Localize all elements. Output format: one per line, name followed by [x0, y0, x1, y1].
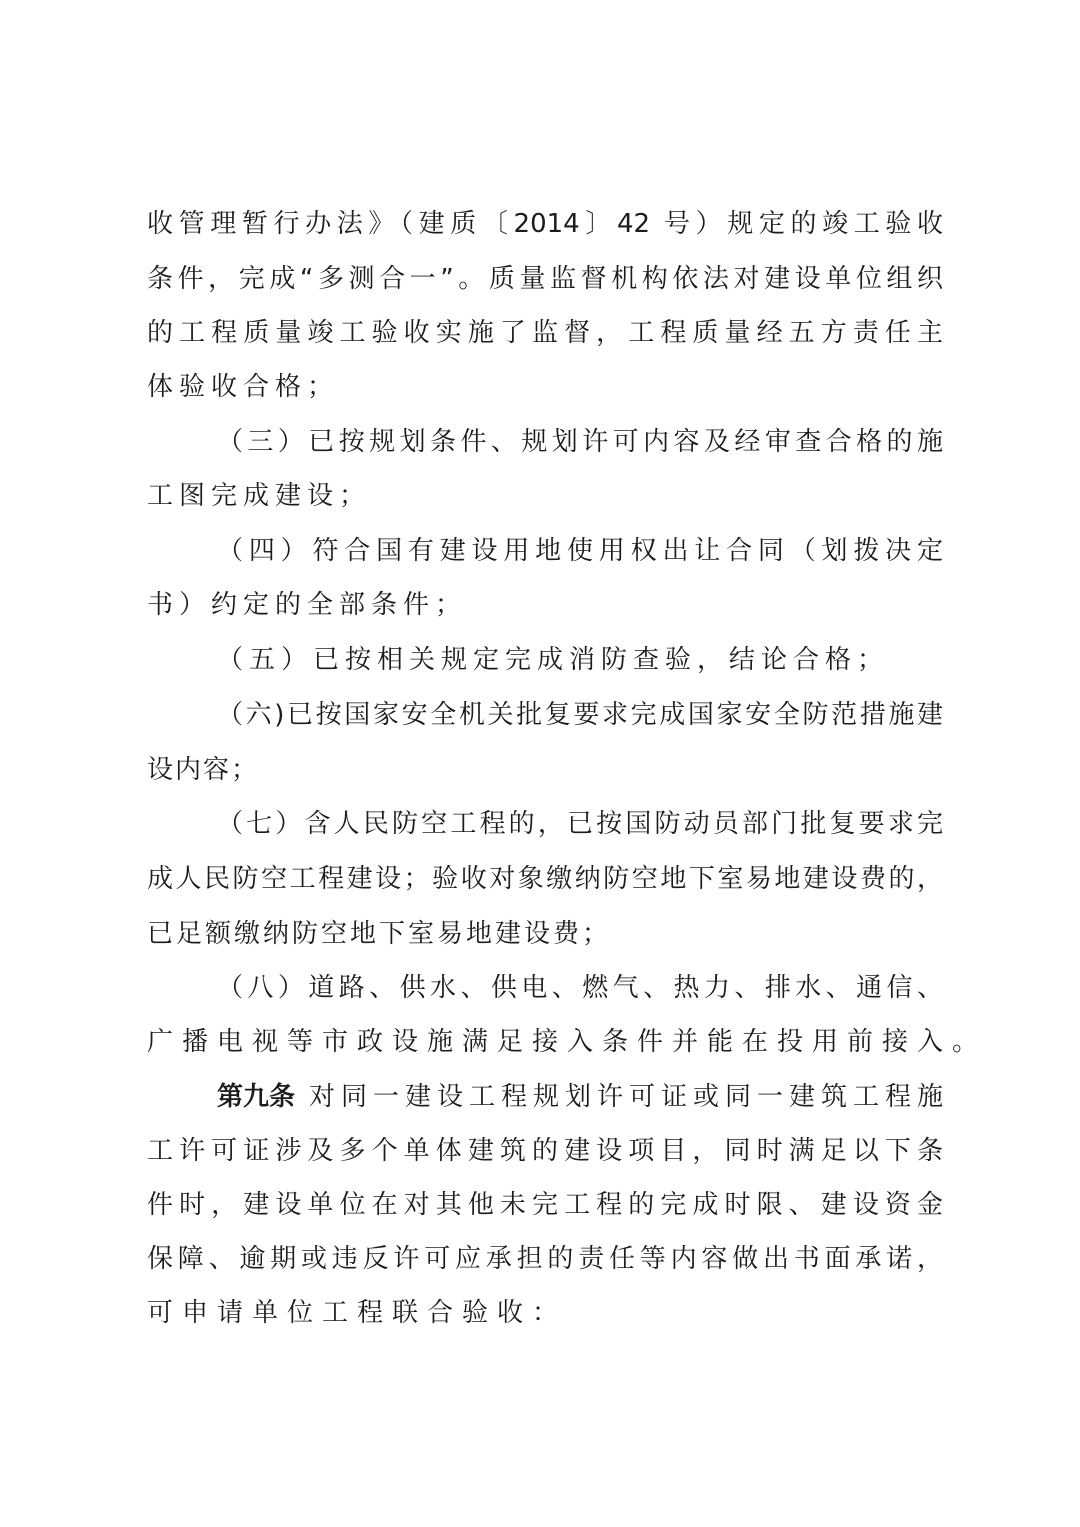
list-item-7: （七）含人民防空工程的，已按国防动员部门批复要求完 [217, 804, 943, 844]
paragraph-line: 设内容； [147, 750, 259, 790]
paragraph-line: 对同一建设工程规划许可证或同一建筑工程施 [309, 1077, 943, 1117]
list-item-6: （六)已按国家安全机关批复要求完成国家安全防范措施建 [217, 695, 943, 735]
list-item-3: （三）已按规划条件、规划许可内容及经审查合格的施 [217, 422, 943, 462]
article-9-first-line: 第九条 对同一建设工程规划许可证或同一建筑工程施 [217, 1077, 943, 1117]
paragraph-line: 条件，完成“多测合一”。质量监督机构依法对建设单位组织 [147, 259, 943, 299]
paragraph-line: 书）约定的全部条件； [147, 585, 467, 625]
list-item-5: （五）已按相关规定完成消防查验，结论合格； [217, 640, 889, 680]
paragraph-line: 工图完成建设； [147, 476, 371, 516]
list-item-8: （八）道路、供水、供电、燃气、热力、排水、通信、 [217, 968, 943, 1008]
paragraph-line: 成人民防空工程建设；验收对象缴纳防空地下室易地建设费的， [147, 859, 943, 899]
article-title: 第九条 [217, 1077, 295, 1117]
paragraph-line: 体验收合格； [147, 367, 339, 407]
paragraph-line: 工许可证涉及多个单体建筑的建设项目，同时满足以下条 [147, 1131, 943, 1171]
paragraph-line: 可申请单位工程联合验收： [147, 1293, 567, 1333]
paragraph-line: 已足额缴纳防空地下室易地建设费； [147, 914, 611, 954]
paragraph-line: 件时，建设单位在对其他未完工程的完成时限、建设资金 [147, 1185, 943, 1225]
paragraph-line: 的工程质量竣工验收实施了监督，工程质量经五方责任主 [147, 313, 943, 353]
paragraph-line: 保障、逾期或违反许可应承担的责任等内容做出书面承诺， [147, 1239, 943, 1279]
paragraph-line: 收管理暂行办法》（建质〔2014〕42 号）规定的竣工验收 [147, 204, 943, 244]
list-item-4: （四）符合国有建设用地使用权出让合同（划拨决定 [217, 531, 943, 571]
paragraph-line: 广播电视等市政设施满足接入条件并能在投用前接入。 [147, 1022, 987, 1062]
